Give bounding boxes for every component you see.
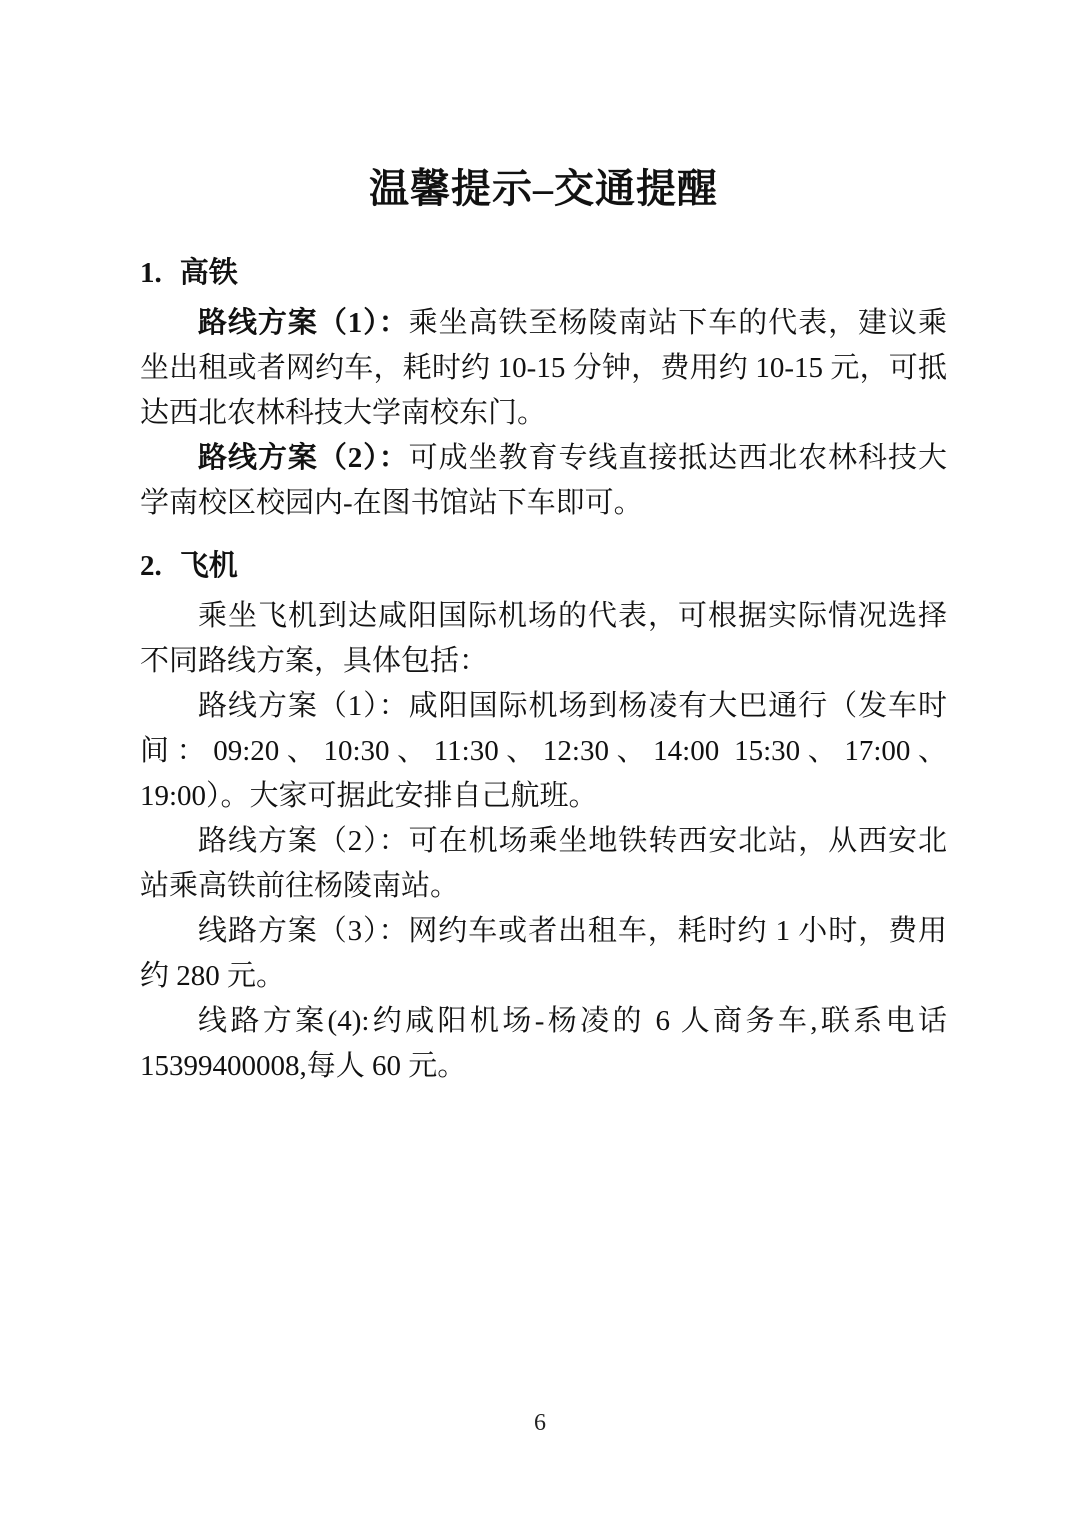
section-heading-train: 1.高铁 (140, 253, 947, 293)
section-heading-plane: 2.飞机 (140, 546, 947, 586)
paragraph-text: 路线方案（2）：可在机场乘坐地铁转西安北站，从西安北站乘高铁前往杨陵南站。 (140, 825, 947, 902)
paragraph-lead: 路线方案（2）： (198, 442, 409, 474)
paragraph-plane-intro: 乘坐飞机到达咸阳国际机场的代表，可根据实际情况选择不同路线方案，具体包括： (140, 594, 947, 684)
paragraph-text: 路线方案（1）：咸阳国际机场到杨凌有大巴通行（发车时间：09:20、10:30、… (140, 690, 947, 812)
section-number: 2. (140, 546, 162, 586)
document-title: 温馨提示–交通提醒 (140, 163, 947, 215)
paragraph-text: 线路方案（3）：网约车或者出租车，耗时约 1 小时，费用约 280 元。 (140, 915, 947, 992)
section-label: 高铁 (180, 257, 238, 289)
document-page: 温馨提示–交通提醒 1.高铁 路线方案（1）：乘坐高铁至杨陵南站下车的代表，建议… (0, 0, 1080, 1526)
paragraph-text: 乘坐飞机到达咸阳国际机场的代表，可根据实际情况选择不同路线方案，具体包括： (140, 600, 947, 677)
document-content: 温馨提示–交通提醒 1.高铁 路线方案（1）：乘坐高铁至杨陵南站下车的代表，建议… (0, 0, 1080, 1089)
paragraph-train-route-1: 路线方案（1）：乘坐高铁至杨陵南站下车的代表，建议乘坐出租或者网约车，耗时约 1… (140, 301, 947, 436)
paragraph-train-route-2: 路线方案（2）：可成坐教育专线直接抵达西北农林科技大学南校区校园内-在图书馆站下… (140, 436, 947, 526)
paragraph-plane-route-3: 线路方案（3）：网约车或者出租车，耗时约 1 小时，费用约 280 元。 (140, 909, 947, 999)
paragraph-text: 线路方案(4):约咸阳机场-杨凌的 6 人商务车,联系电话 1539940000… (140, 1005, 947, 1082)
page-number: 6 (0, 1408, 1080, 1438)
section-number: 1. (140, 253, 162, 293)
paragraph-plane-route-4: 线路方案(4):约咸阳机场-杨凌的 6 人商务车,联系电话 1539940000… (140, 999, 947, 1089)
paragraph-plane-route-1: 路线方案（1）：咸阳国际机场到杨凌有大巴通行（发车时间：09:20、10:30、… (140, 684, 947, 819)
paragraph-lead: 路线方案（1）： (198, 307, 409, 339)
paragraph-plane-route-2: 路线方案（2）：可在机场乘坐地铁转西安北站，从西安北站乘高铁前往杨陵南站。 (140, 819, 947, 909)
section-label: 飞机 (180, 550, 238, 582)
